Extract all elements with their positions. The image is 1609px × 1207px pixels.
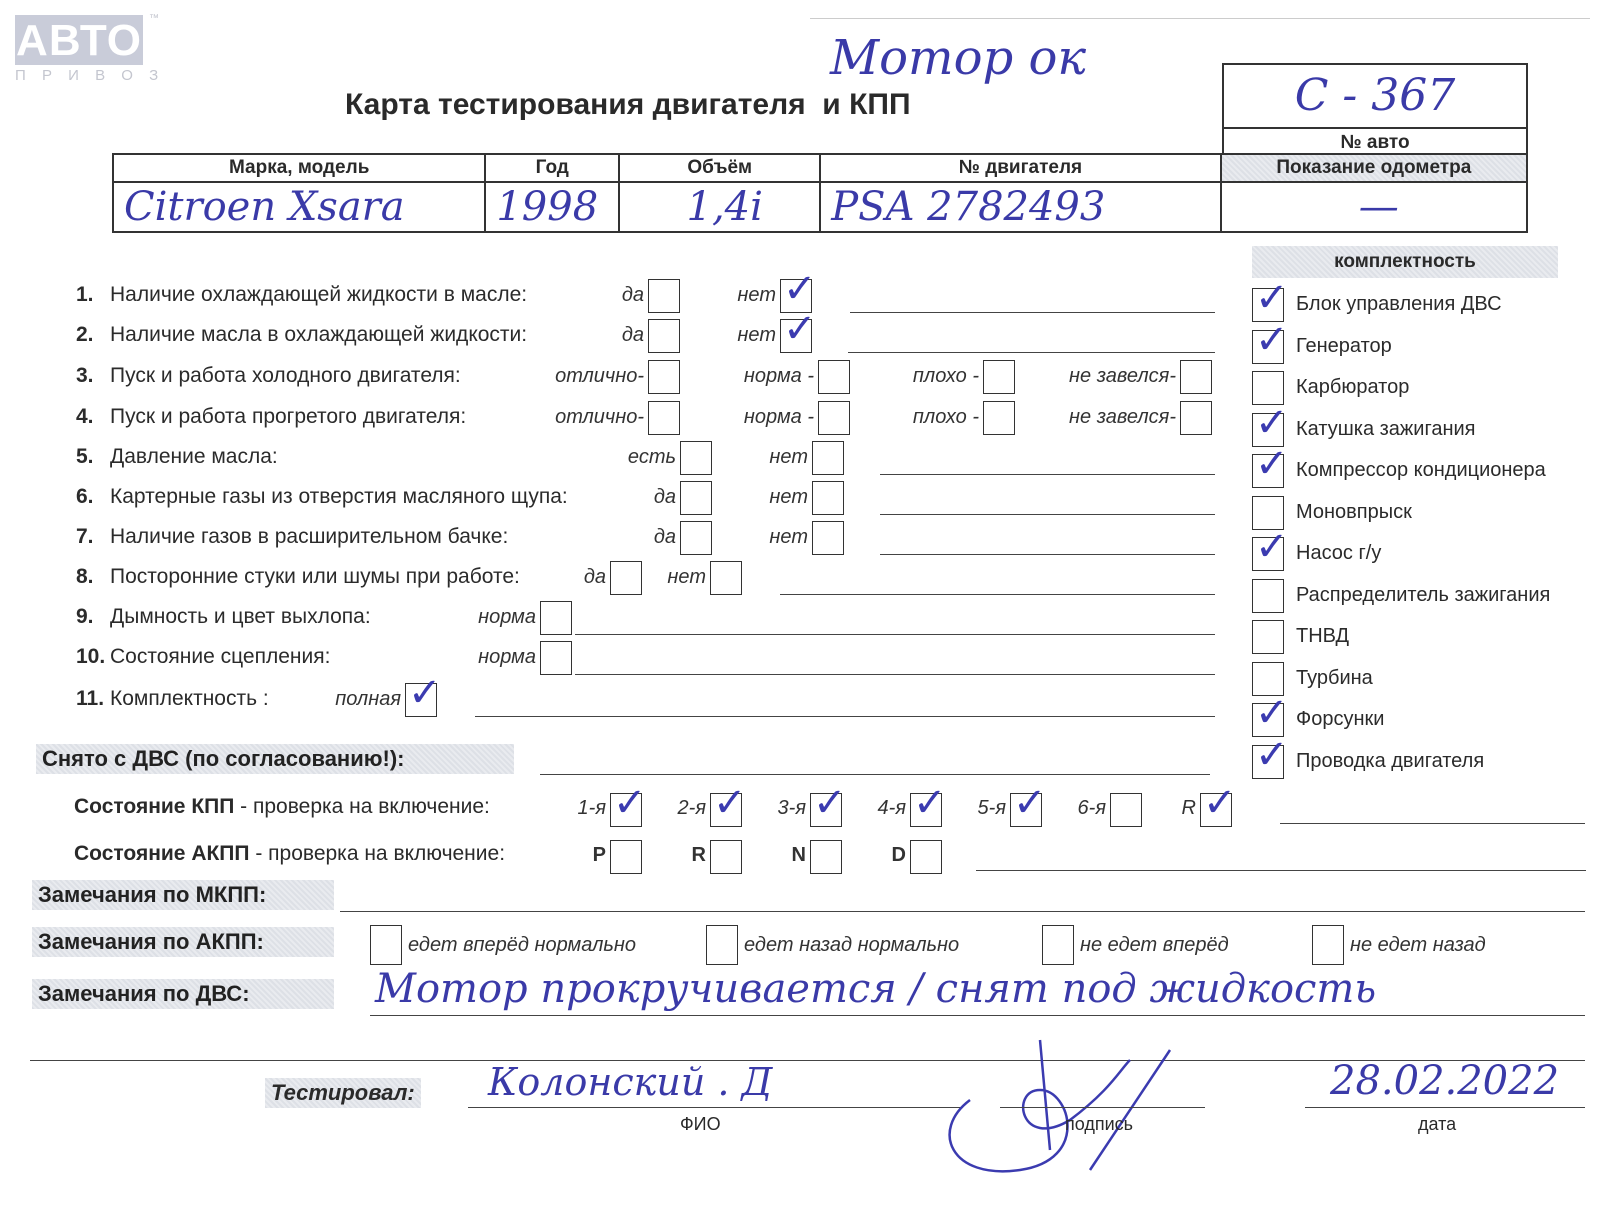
- option-label: плохо -: [913, 406, 979, 429]
- volume-value[interactable]: 1,4i: [619, 182, 820, 232]
- remarks-manual-label: Замечания по МКПП:: [32, 880, 334, 910]
- engine-number-value[interactable]: PSA 2782493: [820, 182, 1220, 232]
- option-checkbox[interactable]: [648, 279, 680, 313]
- manual-gearbox-label-rest: - проверка на включение:: [234, 795, 490, 818]
- option-checkbox[interactable]: [680, 521, 712, 555]
- question-number: 7.: [76, 525, 110, 549]
- signature[interactable]: [930, 1030, 1230, 1190]
- question-row: 8.Посторонние стуки или шумы при работе:: [76, 565, 520, 589]
- option-label: нет: [667, 566, 706, 589]
- option-label: да: [622, 284, 644, 307]
- removed-label: Снято с ДВС (по согласованию!):: [36, 744, 514, 774]
- remarks-engine-value[interactable]: Мотор прокручивается / снят под жидкость: [375, 966, 1376, 1012]
- auto-gearbox-label-rest: - проверка на включение:: [250, 842, 506, 865]
- option-label: норма: [478, 646, 536, 669]
- kit-item-label: Форсунки: [1296, 708, 1384, 731]
- auto-remark-checkbox[interactable]: [1312, 925, 1344, 965]
- kit-checkbox[interactable]: [1252, 745, 1284, 779]
- option-label: нет: [737, 324, 776, 347]
- gear-label: 3-я: [778, 797, 806, 820]
- option-checkbox[interactable]: [540, 601, 572, 635]
- kit-item-label: Моновпрыск: [1296, 501, 1412, 524]
- tested-label: Тестировал:: [265, 1078, 421, 1108]
- option-checkbox[interactable]: [680, 441, 712, 475]
- kit-item-label: Проводка двигателя: [1296, 750, 1484, 773]
- question-text: Наличие охлаждающей жидкости в масле:: [110, 283, 527, 306]
- option-checkbox[interactable]: [648, 401, 680, 435]
- col-engine-number: № двигателя: [820, 154, 1220, 182]
- question-row: 10.Состояние сцепления:: [76, 645, 330, 669]
- kit-checkbox[interactable]: [1252, 330, 1284, 364]
- option-checkbox[interactable]: [610, 561, 642, 595]
- kit-item-label: Катушка зажигания: [1296, 418, 1476, 441]
- car-number-box: С - 367 № авто: [1222, 63, 1528, 159]
- question-text: Наличие газов в расширительном бачке:: [110, 525, 508, 548]
- logo: АВТО П Р И В О З ™: [15, 15, 164, 84]
- auto-remark-checkbox[interactable]: [370, 925, 402, 965]
- question-number: 3.: [76, 364, 110, 388]
- kit-item-label: ТНВД: [1296, 625, 1349, 648]
- col-year: Год: [485, 154, 619, 182]
- name-caption: ФИО: [680, 1114, 721, 1135]
- kit-item-label: Карбюратор: [1296, 376, 1409, 399]
- option-checkbox[interactable]: [983, 401, 1015, 435]
- auto-remark-label: едет назад нормально: [744, 934, 959, 957]
- gear-label: 4-я: [878, 797, 906, 820]
- question-text: Комплектность :: [110, 687, 269, 710]
- question-number: 9.: [76, 605, 110, 629]
- option-label: есть: [628, 446, 676, 469]
- option-label: норма -: [744, 406, 814, 429]
- question-row: 3.Пуск и работа холодного двигателя:: [76, 364, 461, 388]
- gear-checkbox[interactable]: [1200, 793, 1232, 827]
- kit-checkbox[interactable]: [1252, 537, 1284, 571]
- tester-name[interactable]: Колонский . Д: [488, 1060, 772, 1104]
- question-row: 4.Пуск и работа прогретого двигателя:: [76, 405, 466, 429]
- auto-remark-checkbox[interactable]: [1042, 925, 1074, 965]
- kit-item-label: Распределитель зажигания: [1296, 584, 1550, 607]
- car-number-value: С - 367: [1224, 65, 1526, 129]
- auto-position-label: N: [792, 844, 806, 867]
- question-row: 9.Дымность и цвет выхлопа:: [76, 605, 371, 629]
- gear-checkbox[interactable]: [910, 793, 942, 827]
- question-number: 4.: [76, 405, 110, 429]
- option-label: да: [654, 526, 676, 549]
- gear-label: 1-я: [578, 797, 606, 820]
- option-checkbox[interactable]: [1180, 360, 1212, 394]
- question-text: Состояние сцепления:: [110, 645, 330, 668]
- gear-checkbox[interactable]: [1010, 793, 1042, 827]
- auto-gearbox-label-bold: Состояние АКПП: [74, 842, 250, 865]
- comment-line[interactable]: [880, 474, 1215, 475]
- logo-main: АВТО: [15, 15, 143, 65]
- option-label: нет: [769, 486, 808, 509]
- option-label: плохо -: [913, 365, 979, 388]
- comment-line[interactable]: [848, 352, 1215, 353]
- question-row: 11.Комплектность :: [76, 687, 269, 711]
- auto-gearbox-label: Состояние АКПП - проверка на включение:: [74, 842, 505, 866]
- question-number: 2.: [76, 323, 110, 347]
- col-make-model: Марка, модель: [113, 154, 485, 182]
- top-note: Мотор ок: [830, 30, 1086, 86]
- option-label: да: [622, 324, 644, 347]
- option-label: да: [584, 566, 606, 589]
- comment-line[interactable]: [575, 674, 1215, 675]
- auto-position-label: D: [892, 844, 906, 867]
- gear-label: R: [1182, 797, 1196, 820]
- gear-checkbox[interactable]: [710, 793, 742, 827]
- gear-checkbox[interactable]: [1110, 793, 1142, 827]
- question-row: 2.Наличие масла в охлаждающей жидкости:: [76, 323, 527, 347]
- option-label: отлично-: [555, 406, 644, 429]
- question-number: 8.: [76, 565, 110, 589]
- question-number: 1.: [76, 283, 110, 307]
- question-row: 7.Наличие газов в расширительном бачке:: [76, 525, 508, 549]
- signature-caption: подпись: [1065, 1114, 1133, 1135]
- option-label: нет: [769, 526, 808, 549]
- comment-line[interactable]: [475, 716, 1215, 717]
- question-text: Пуск и работа холодного двигателя:: [110, 364, 461, 387]
- kit-item-label: Генератор: [1296, 335, 1392, 358]
- odometer-value[interactable]: —: [1221, 182, 1527, 232]
- question-text: Наличие масла в охлаждающей жидкости:: [110, 323, 527, 346]
- remarks-manual-field[interactable]: [340, 911, 1585, 912]
- question-text: Посторонние стуки или шумы при работе:: [110, 565, 520, 588]
- option-checkbox[interactable]: [540, 641, 572, 675]
- kit-checkbox[interactable]: [1252, 454, 1284, 488]
- logo-sub: П Р И В О З: [15, 67, 164, 84]
- col-odometer: Показание одометра: [1221, 154, 1527, 182]
- auto-position-checkbox[interactable]: [910, 840, 942, 874]
- comment-line[interactable]: [780, 594, 1215, 595]
- auto-remark-label: не едет вперёд: [1080, 934, 1229, 957]
- option-checkbox[interactable]: [405, 683, 437, 717]
- option-checkbox[interactable]: [818, 401, 850, 435]
- vehicle-info-table: Марка, модель Год Объём № двигателя Пока…: [112, 153, 1528, 233]
- option-checkbox[interactable]: [818, 360, 850, 394]
- option-checkbox[interactable]: [680, 481, 712, 515]
- question-row: 1.Наличие охлаждающей жидкости в масле:: [76, 283, 527, 307]
- gear-checkbox[interactable]: [610, 793, 642, 827]
- option-checkbox[interactable]: [1180, 401, 1212, 435]
- option-label: да: [654, 486, 676, 509]
- kit-item-label: Блок управления ДВС: [1296, 293, 1502, 316]
- kit-checkbox[interactable]: [1252, 579, 1284, 613]
- comment-line[interactable]: [880, 514, 1215, 515]
- question-number: 10.: [76, 645, 110, 669]
- gear-label: 5-я: [978, 797, 1006, 820]
- question-text: Дымность и цвет выхлопа:: [110, 605, 371, 628]
- col-volume: Объём: [619, 154, 820, 182]
- auto-position-label: P: [593, 844, 606, 867]
- option-label: нет: [769, 446, 808, 469]
- option-label: отлично-: [555, 365, 644, 388]
- option-checkbox[interactable]: [983, 360, 1015, 394]
- question-number: 11.: [76, 687, 110, 711]
- date-caption: дата: [1418, 1114, 1456, 1135]
- page-title: Карта тестирования двигателя и КПП: [345, 88, 911, 122]
- auto-position-checkbox[interactable]: [710, 840, 742, 874]
- auto-remark-label: едет вперёд нормально: [408, 934, 636, 957]
- option-label: нет: [737, 284, 776, 307]
- remarks-engine-label: Замечания по ДВС:: [32, 979, 334, 1009]
- logo-tm: ™: [149, 13, 159, 24]
- option-label: не завелся-: [1069, 365, 1176, 388]
- question-text: Давление масла:: [110, 445, 278, 468]
- option-checkbox[interactable]: [648, 319, 680, 353]
- date-value[interactable]: 28.02.2022: [1330, 1058, 1559, 1104]
- make-model-value[interactable]: Citroen Xsara: [113, 182, 485, 232]
- question-row: 5.Давление масла:: [76, 445, 278, 469]
- option-label: полная: [335, 688, 401, 711]
- remarks-auto-label: Замечания по АКПП:: [32, 927, 334, 957]
- option-checkbox[interactable]: [812, 521, 844, 555]
- option-label: норма: [478, 606, 536, 629]
- question-number: 5.: [76, 445, 110, 469]
- option-checkbox[interactable]: [812, 441, 844, 475]
- kit-item-label: Турбина: [1296, 667, 1373, 690]
- gear-label: 2-я: [678, 797, 706, 820]
- question-text: Пуск и работа прогретого двигателя:: [110, 405, 466, 428]
- comment-line[interactable]: [880, 554, 1215, 555]
- manual-gearbox-label: Состояние КПП - проверка на включение:: [74, 795, 490, 819]
- option-checkbox[interactable]: [710, 561, 742, 595]
- kit-item-label: Компрессор кондиционера: [1296, 459, 1546, 482]
- comment-line[interactable]: [575, 634, 1215, 635]
- manual-gearbox-label-bold: Состояние КПП: [74, 795, 234, 818]
- kit-title: комплектность: [1252, 246, 1558, 278]
- question-number: 6.: [76, 485, 110, 509]
- auto-position-checkbox[interactable]: [810, 840, 842, 874]
- question-row: 6.Картерные газы из отверстия масляного …: [76, 485, 568, 509]
- option-label: не завелся-: [1069, 406, 1176, 429]
- gear-label: 6-я: [1078, 797, 1106, 820]
- auto-remark-checkbox[interactable]: [706, 925, 738, 965]
- auto-position-label: R: [692, 844, 706, 867]
- gear-checkbox[interactable]: [810, 793, 842, 827]
- comment-line[interactable]: [850, 312, 1215, 313]
- option-label: норма -: [744, 365, 814, 388]
- year-value[interactable]: 1998: [485, 182, 619, 232]
- option-checkbox[interactable]: [780, 319, 812, 353]
- option-checkbox[interactable]: [812, 481, 844, 515]
- auto-position-checkbox[interactable]: [610, 840, 642, 874]
- option-checkbox[interactable]: [648, 360, 680, 394]
- auto-remark-label: не едет назад: [1350, 934, 1486, 957]
- kit-checkbox[interactable]: [1252, 620, 1284, 654]
- question-text: Картерные газы из отверстия масляного щу…: [110, 485, 568, 508]
- kit-item-label: Насос г/у: [1296, 542, 1381, 565]
